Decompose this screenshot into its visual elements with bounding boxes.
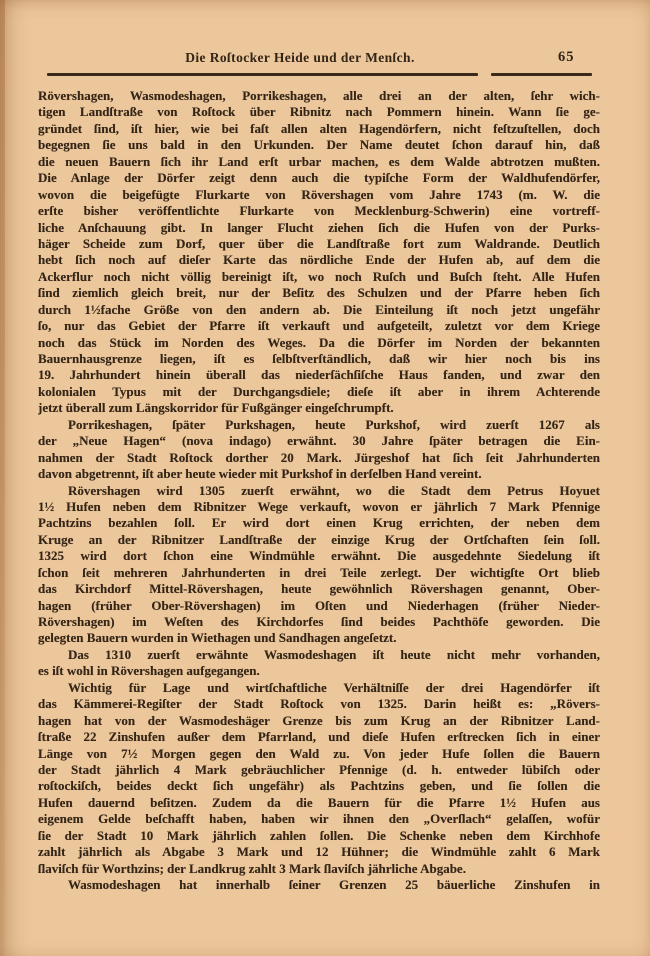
text-line: Porrikeshagen, ſpäter Purkshagen, heute …: [38, 417, 600, 433]
header-rule-right: [491, 73, 592, 76]
text-line: Pachtzins bezahlen ſoll. Er wird dort ei…: [38, 515, 600, 531]
paragraph: Wasmodeshagen hat innerhalb ſeiner Grenz…: [38, 877, 600, 893]
text-line: ſlaviſch für Worthzins; der Landkrug zah…: [38, 861, 600, 877]
text-line: eigenem Gelde beſchafft haben, haben wir…: [38, 811, 600, 827]
text-line: Das 1310 zuerſt erwähnte Wasmodeshagen i…: [38, 647, 600, 663]
text-line: 19. Jahrhundert hinein überall das niede…: [38, 367, 600, 383]
page-body: Rövershagen, Wasmodeshagen, Porrikeshage…: [38, 88, 600, 893]
text-line: jetzt überall zum Längskorridor für Fußg…: [38, 400, 600, 416]
text-line: die neuen Bauern ſich ihr Land erſt urba…: [38, 154, 600, 170]
paragraph: Rövershagen, Wasmodeshagen, Porrikeshage…: [38, 88, 600, 417]
text-line: das Kämmerei-Regiſter der Stadt Roſtock …: [38, 696, 600, 712]
text-line: hagen (früher Ober-Rövershagen) im Oſten…: [38, 598, 600, 614]
text-line: Ackerflur noch nicht völlig bereinigt iſ…: [38, 269, 600, 285]
text-line: Bauernhausgrenze liegen, iſt es ſelbſtve…: [38, 351, 600, 367]
text-line: Kruge an der Ribnitzer Landſtraße der ei…: [38, 532, 600, 548]
text-line: das Kirchdorf Mittel-Rövershagen, heute …: [38, 581, 600, 597]
text-line: ſchon ſeit mehreren Jahrhunderten in dre…: [38, 565, 600, 581]
text-line: Rövershagen wird 1305 zuerſt erwähnt, wo…: [38, 483, 600, 499]
text-line: 1½ Hufen neben dem Ribnitzer Wege verkau…: [38, 499, 600, 515]
paragraph: Das 1310 zuerſt erwähnte Wasmodeshagen i…: [38, 647, 600, 680]
text-line: nahmen der Stadt Roſtock dorther 20 Mark…: [38, 450, 600, 466]
paragraph: Wichtig für Lage und wirtſchaftliche Ver…: [38, 680, 600, 877]
text-line: erſte bisher veröffentlichte Flurkarte v…: [38, 203, 600, 219]
text-line: ſtraße 22 Zinshufen außer dem Pfarrland,…: [38, 729, 600, 745]
text-line: Hufen dauernd beſitzen. Zudem da die Bau…: [38, 795, 600, 811]
text-line: begegnen ſie uns bald in den Urkunden. D…: [38, 137, 600, 153]
text-line: Wichtig für Lage und wirtſchaftliche Ver…: [38, 680, 600, 696]
text-line: roſtockiſch, beides deckt ſich ungefähr)…: [38, 778, 600, 794]
text-line: gelegten Bauern wurden in Wiethagen und …: [38, 630, 600, 646]
text-line: hebt ſich noch auf dieſer Karte das nörd…: [38, 252, 600, 268]
text-line: ſo, nur das Gebiet der Pfarre iſt verkau…: [38, 318, 600, 334]
text-line: hagen hat von der Wasmodeshäger Grenze b…: [38, 713, 600, 729]
text-line: ſind ziemlich gleich breit, nur der Beſi…: [38, 285, 600, 301]
paragraph: Rövershagen wird 1305 zuerſt erwähnt, wo…: [38, 483, 600, 647]
text-line: tigen Landſtraße von Roſtock über Ribnit…: [38, 104, 600, 120]
text-line: Wasmodeshagen hat innerhalb ſeiner Grenz…: [38, 877, 600, 893]
text-line: Rövershagen, Wasmodeshagen, Porrikeshage…: [38, 88, 600, 104]
text-line: Länge von 7½ Morgen gegen den Wald zu. V…: [38, 746, 600, 762]
running-head-title: Die Roſtocker Heide und der Menſch.: [0, 50, 600, 66]
text-line: es iſt wohl in Rövershagen aufgegangen.: [38, 663, 600, 679]
text-line: 1325 wird dort ſchon eine Windmühle erwä…: [38, 548, 600, 564]
text-line: häger Scheide zum Dorf, quer über die La…: [38, 236, 600, 252]
text-line: der Stadt jährlich 4 Mark gebräuchlicher…: [38, 762, 600, 778]
text-line: davon abgetrennt, iſt aber heute wieder …: [38, 466, 600, 482]
paragraph: Porrikeshagen, ſpäter Purkshagen, heute …: [38, 417, 600, 483]
text-line: durch 1½fache Größe von den andern ab. D…: [38, 302, 600, 318]
text-line: noch das Stück im Norden des Weges. Da d…: [38, 335, 600, 351]
text-line: ſie der Stadt 10 Mark jährlich zahlen ſo…: [38, 828, 600, 844]
text-line: wovon die beigefügte Flurkarte von Röver…: [38, 187, 600, 203]
header-rule-left: [47, 73, 478, 76]
book-page-scan: Die Roſtocker Heide und der Menſch. 65 R…: [0, 0, 650, 956]
page-number: 65: [558, 49, 594, 66]
text-line: kolonialen Typus mit der Durchgangsdiele…: [38, 384, 600, 400]
text-line: Die Anlage der Dörfer zeigt denn auch di…: [38, 170, 600, 186]
text-line: Rövershagen) im Weſten des Kirchdorfes ſ…: [38, 614, 600, 630]
text-line: der „Neue Hagen“ (nova indago) erwähnt. …: [38, 433, 600, 449]
text-line: gründet ſind, iſt hier, wie bei faſt all…: [38, 121, 600, 137]
text-line: zahlt jährlich als Abgabe 3 Mark und 12 …: [38, 844, 600, 860]
text-line: liche Anſchauung gibt. In langer Flucht …: [38, 220, 600, 236]
